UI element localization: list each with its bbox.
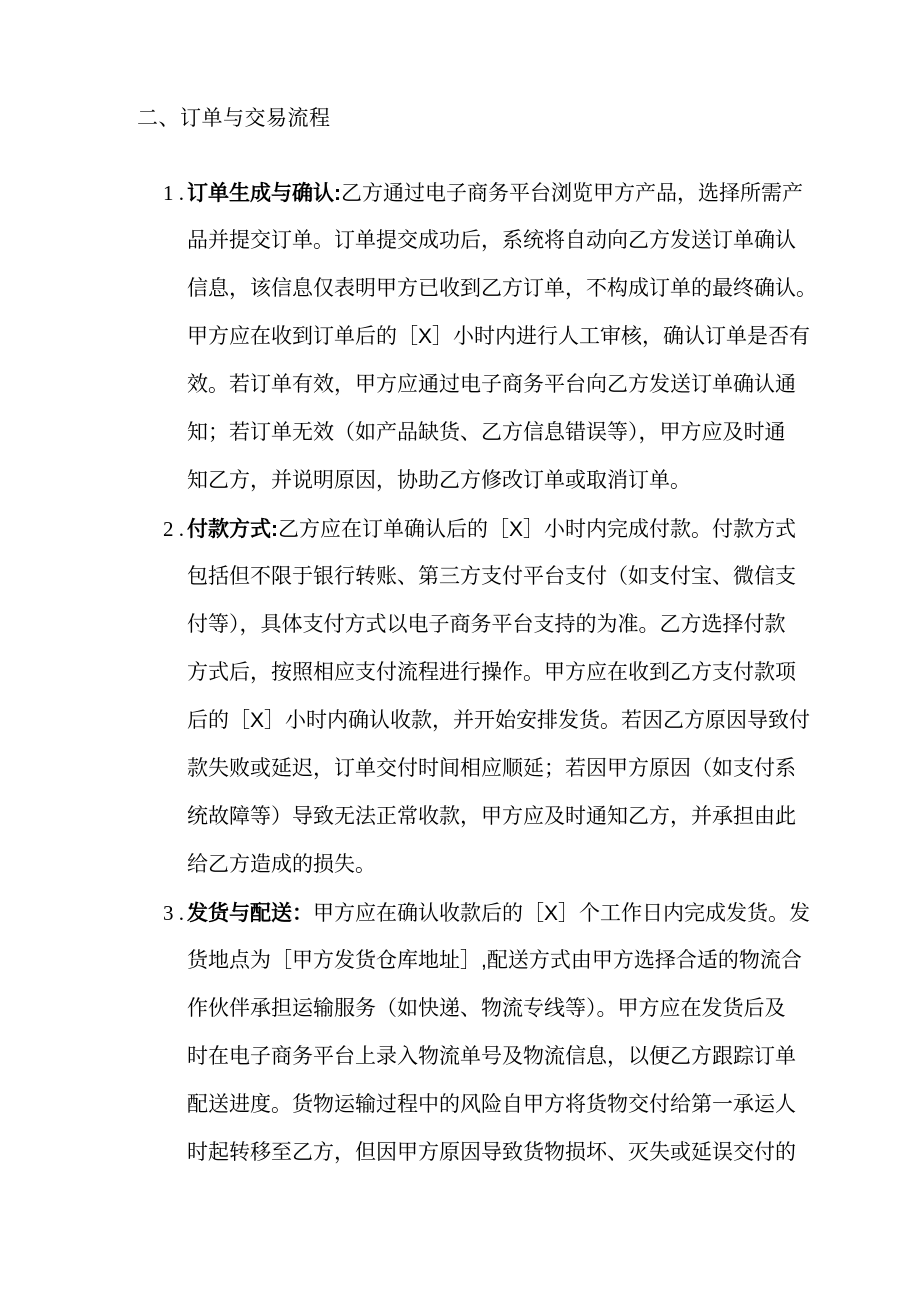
document-page: 二、订单与交易流程 1 .订单生成与确认:乙方通过电子商务平台浏览甲方产品，选择… <box>0 0 920 1301</box>
item-first-line: 2 .付款方式:乙方应在订单确认后的［X］小时内完成付款。付款方式 <box>187 505 920 553</box>
item-text-line: 作伙伴承担运输服务（如快递、物流专线等）。甲方应在发货后及 <box>187 985 920 1033</box>
list-item-payment-method: 2 .付款方式:乙方应在订单确认后的［X］小时内完成付款。付款方式 包括但不限于… <box>0 505 920 889</box>
item-text-line: 方式后，按照相应支付流程进行操作。甲方应在收到乙方支付款项 <box>187 649 920 697</box>
item-text-line: 包括但不限于银行转账、第三方支付平台支付（如支付宝、微信支 <box>187 553 920 601</box>
item-text-line: 信息，该信息仅表明甲方已收到乙方订单，不构成订单的最终确认。 <box>187 265 920 313</box>
item-text-line: 知乙方，并说明原因，协助乙方修改订单或取消订单。 <box>187 457 920 505</box>
item-text-line: 时起转移至乙方，但因甲方原因导致货物损坏、灭失或延误交付的 <box>187 1129 920 1177</box>
item-text: 甲方应在确认收款后的［X］个工作日内完成发货。发 <box>313 902 810 925</box>
item-text-line: 品并提交订单。订单提交成功后，系统将自动向乙方发送订单确认 <box>187 217 920 265</box>
item-text-line: 后的［X］小时内确认收款，并开始安排发货。若因乙方原因导致付 <box>187 697 920 745</box>
item-text-line: 统故障等）导致无法正常收款，甲方应及时通知乙方，并承担由此 <box>187 793 920 841</box>
item-number: 1 . <box>163 169 187 217</box>
item-text-line: 付等），具体支付方式以电子商务平台支持的为准。乙方选择付款 <box>187 601 920 649</box>
list-item-order-confirmation: 1 .订单生成与确认:乙方通过电子商务平台浏览甲方产品，选择所需产 品并提交订单… <box>0 169 920 505</box>
item-text-line: 给乙方造成的损失。 <box>187 841 920 889</box>
item-first-line: 3 .发货与配送：甲方应在确认收款后的［X］个工作日内完成发货。发 <box>187 889 920 937</box>
item-first-line: 1 .订单生成与确认:乙方通过电子商务平台浏览甲方产品，选择所需产 <box>187 169 920 217</box>
item-text-line: 知；若订单无效（如产品缺货、乙方信息错误等），甲方应及时通 <box>187 409 920 457</box>
item-text-line: 货地点为［甲方发货仓库地址］,配送方式由甲方选择合适的物流合 <box>187 937 920 985</box>
item-title: 付款方式: <box>187 518 278 541</box>
item-text-line: 款失败或延迟，订单交付时间相应顺延；若因甲方原因（如支付系 <box>187 745 920 793</box>
item-text-line: 效。若订单有效，甲方应通过电子商务平台向乙方发送订单确认通 <box>187 361 920 409</box>
item-title: 订单生成与确认: <box>187 182 341 205</box>
clause-list: 1 .订单生成与确认:乙方通过电子商务平台浏览甲方产品，选择所需产 品并提交订单… <box>0 169 920 1177</box>
item-text-line: 时在电子商务平台上录入物流单号及物流信息，以便乙方跟踪订单 <box>187 1033 920 1081</box>
list-item-shipping-delivery: 3 .发货与配送：甲方应在确认收款后的［X］个工作日内完成发货。发 货地点为［甲… <box>0 889 920 1177</box>
item-text-line: 配送进度。货物运输过程中的风险自甲方将货物交付给第一承运人 <box>187 1081 920 1129</box>
item-text: 乙方应在订单确认后的［X］小时内完成付款。付款方式 <box>278 518 796 541</box>
item-number: 3 . <box>163 889 187 937</box>
section-heading: 二、订单与交易流程 <box>137 102 331 136</box>
item-text-line: 甲方应在收到订单后的［X］小时内进行人工审核，确认订单是否有 <box>187 313 920 361</box>
item-number: 2 . <box>163 505 187 553</box>
item-title: 发货与配送： <box>187 902 313 925</box>
item-text: 乙方通过电子商务平台浏览甲方产品，选择所需产 <box>341 182 803 205</box>
